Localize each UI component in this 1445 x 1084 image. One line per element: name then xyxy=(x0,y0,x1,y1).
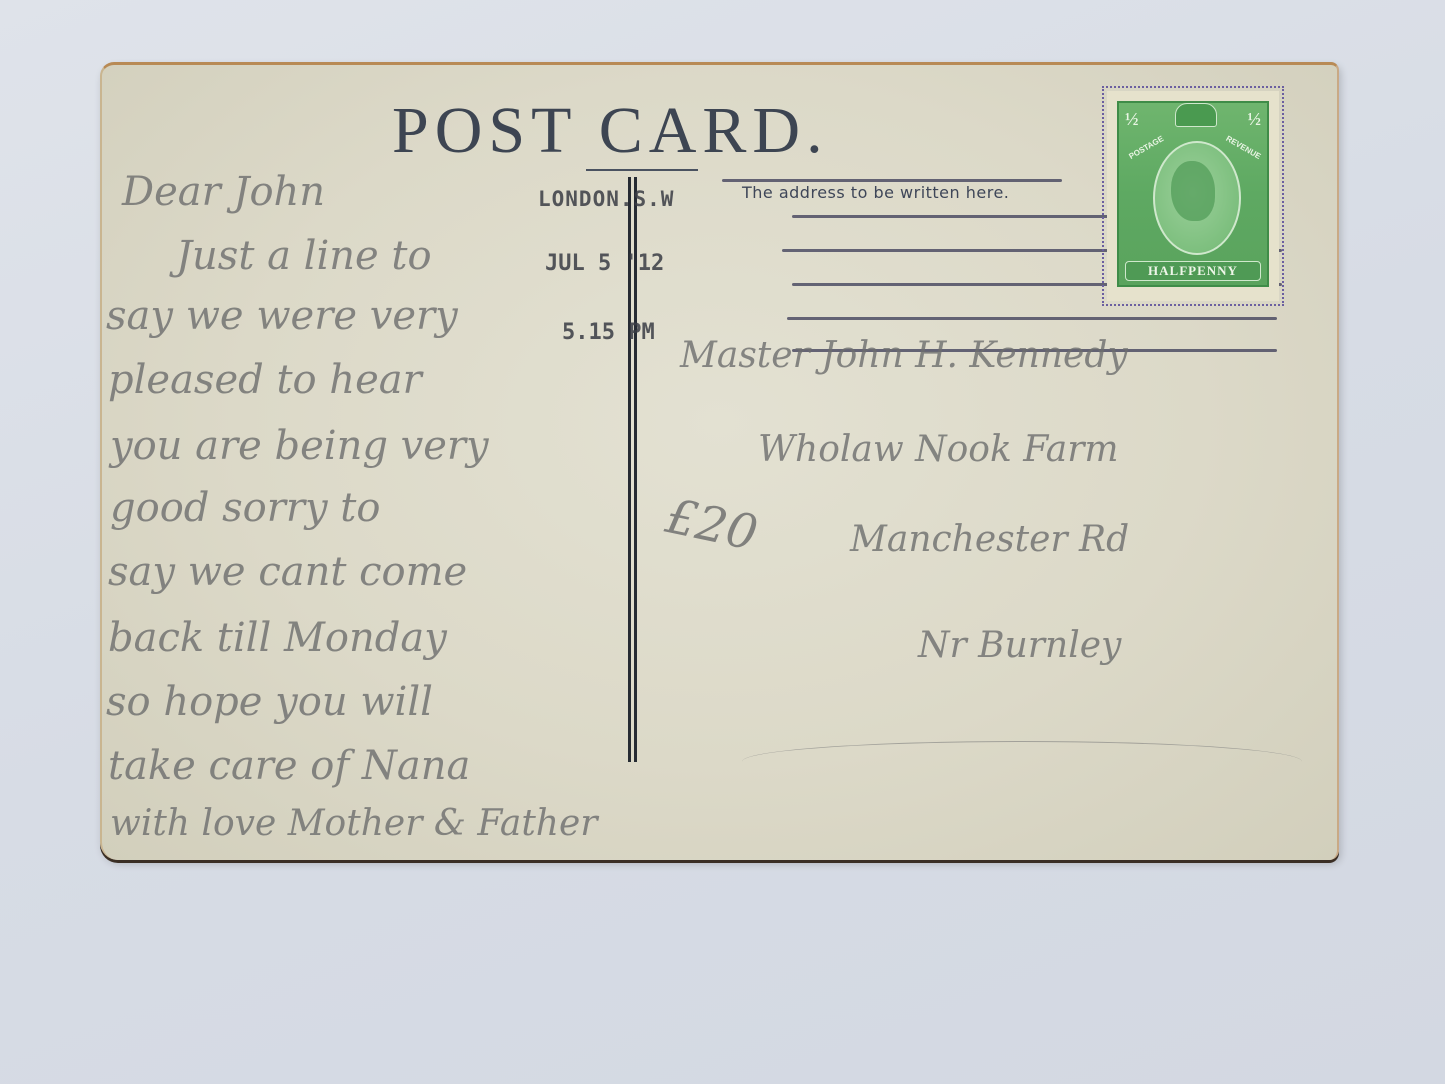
stamp-label-revenue: REVENUE xyxy=(1225,134,1263,161)
message-line: say we cant come xyxy=(108,549,467,595)
message-line: with love Mother & Father xyxy=(110,803,598,844)
crown-icon xyxy=(1175,103,1217,127)
message-line: you are being very xyxy=(110,423,489,469)
address-line: Manchester Rd xyxy=(850,519,1129,560)
message-line: Just a line to xyxy=(176,233,432,279)
message-line: back till Monday xyxy=(108,615,447,661)
message-line: Dear John xyxy=(122,169,325,215)
address-line: Wholaw Nook Farm xyxy=(758,429,1119,470)
postcard: POST CARD. The address to be written her… xyxy=(100,62,1339,860)
address-note: The address to be written here. xyxy=(742,183,1009,202)
stamp-value-right: ½ xyxy=(1248,109,1262,130)
cancellation-line xyxy=(787,317,1277,320)
postmark-city: LONDON.S.W xyxy=(538,187,674,211)
postmark-time: 5.15 PM xyxy=(562,320,655,345)
message-line: so hope you will xyxy=(106,679,433,725)
address-line: Master John H. Kennedy xyxy=(680,335,1128,376)
address-line: Nr Burnley xyxy=(918,625,1121,666)
stamp-label-postage: POSTAGE xyxy=(1127,134,1165,161)
postmark-date: JUL 5 '12 xyxy=(545,251,664,276)
stamp-value-left: ½ xyxy=(1125,109,1139,130)
postcard-title: POST CARD. xyxy=(392,93,829,169)
message-line: say we were very xyxy=(106,293,458,339)
message-line: take care of Nana xyxy=(108,743,470,789)
stamp-denomination: HALFPENNY xyxy=(1125,261,1261,281)
message-line: good sorry to xyxy=(110,485,380,531)
underline-flourish xyxy=(742,741,1302,782)
postage-stamp: ½ ½ POSTAGE REVENUE HALFPENNY xyxy=(1107,91,1279,301)
stamp-design: ½ ½ POSTAGE REVENUE HALFPENNY xyxy=(1117,101,1269,287)
price-pencil-note: £20 xyxy=(661,488,762,562)
message-line: pleased to hear xyxy=(108,357,422,403)
king-portrait-icon xyxy=(1171,161,1215,221)
cancellation-line xyxy=(722,179,1062,182)
title-rule xyxy=(586,169,698,171)
